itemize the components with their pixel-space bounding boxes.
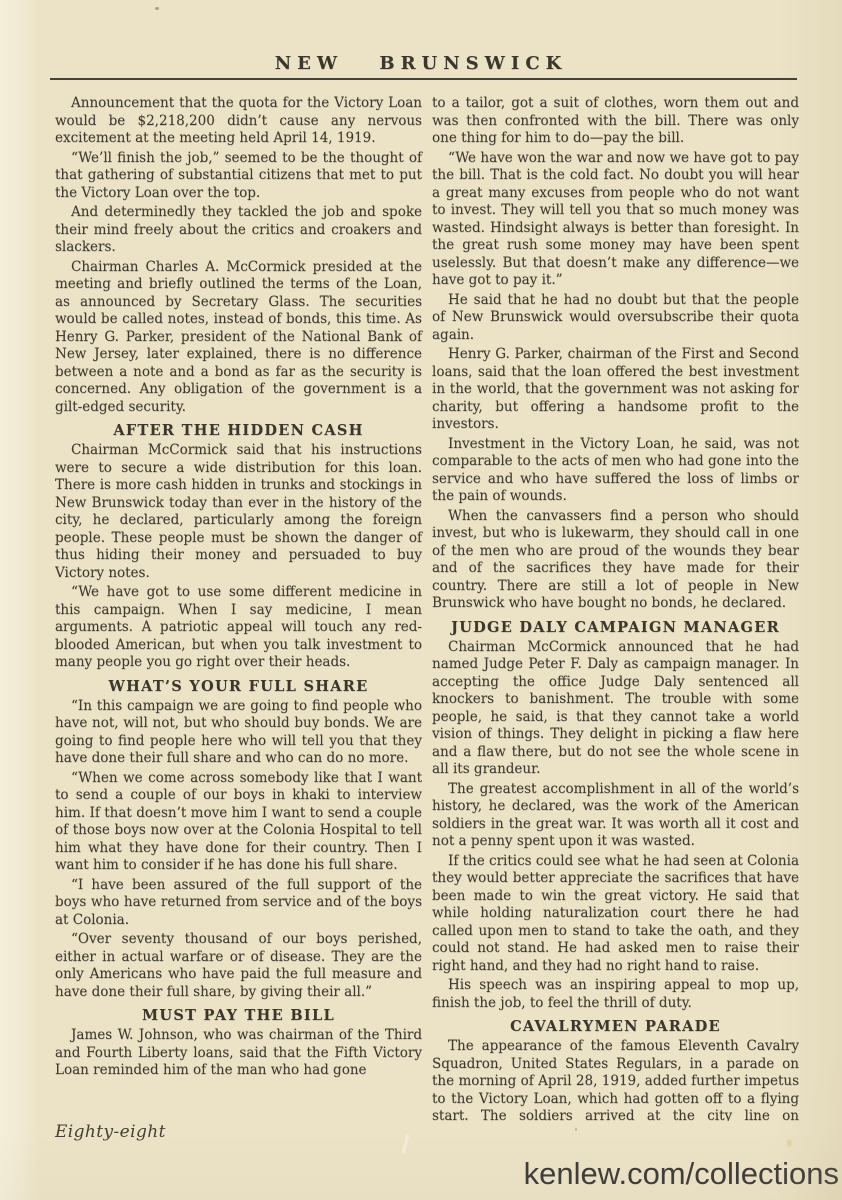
scan-speck	[155, 7, 159, 10]
folio-page-number: Eighty-eight	[55, 1122, 166, 1142]
paragraph: Chairman Charles A. McCormick presided a…	[55, 259, 422, 417]
section-heading-after-the-hidden-cash: AFTER THE HIDDEN CASH	[55, 422, 422, 439]
paragraph: Henry G. Parker, chairman of the First a…	[432, 346, 799, 434]
paragraph: James W. Johnson, who was chairman of th…	[55, 1027, 422, 1080]
paragraph: The appearance of the famous Eleventh Ca…	[432, 1038, 799, 1121]
paragraph: “We have won the war and now we have got…	[432, 150, 799, 290]
column-left: Announcement that the quota for the Vict…	[55, 95, 422, 1121]
scan-speck	[575, 1128, 577, 1131]
paragraph: “In this campaign we are going to find p…	[55, 698, 422, 768]
paper-stain	[786, 1138, 793, 1148]
masthead-title: NEW BRUNSWICK	[0, 53, 842, 74]
paragraph: The greatest accomplishment in all of th…	[432, 781, 799, 851]
paragraph: “When we come across somebody like that …	[55, 770, 422, 875]
page-edge-highlight	[0, 0, 38, 1200]
paragraph: If the critics could see what he had see…	[432, 853, 799, 976]
scan-scratch	[402, 1134, 410, 1154]
text-columns: Announcement that the quota for the Vict…	[55, 95, 799, 1121]
paragraph: “Over seventy thousand of our boys peris…	[55, 931, 422, 1001]
section-heading-cavalrymen-parade: CAVALRYMEN PARADE	[432, 1018, 799, 1035]
paragraph-continuation: to a tailor, got a suit of clothes, worn…	[432, 95, 799, 148]
paragraph: He said that he had no doubt but that th…	[432, 292, 799, 345]
section-heading-whats-your-full-share: WHAT’S YOUR FULL SHARE	[55, 678, 422, 695]
paragraph: And determinedly they tackled the job an…	[55, 204, 422, 257]
paragraph: Chairman McCormick said that his instruc…	[55, 442, 422, 582]
paragraph: “I have been assured of the full support…	[55, 877, 422, 930]
paragraph: “We have got to use some different medic…	[55, 584, 422, 672]
watermark-text: kenlew.com/collections	[524, 1156, 839, 1192]
paragraph: His speech was an inspiring appeal to mo…	[432, 977, 799, 1012]
scanned-book-page: { "colors": { "paper": "#ece3c7", "ink":…	[0, 0, 842, 1200]
section-heading-must-pay-the-bill: MUST PAY THE BILL	[55, 1007, 422, 1024]
paragraph: When the canvassers find a person who sh…	[432, 508, 799, 613]
column-right: to a tailor, got a suit of clothes, worn…	[432, 95, 799, 1121]
paragraph: “We’ll finish the job,” seemed to be the…	[55, 150, 422, 203]
paragraph: Chairman McCormick announced that he had…	[432, 639, 799, 779]
paragraph: Investment in the Victory Loan, he said,…	[432, 436, 799, 506]
masthead-rule	[50, 78, 797, 80]
section-heading-judge-daly-campaign-manager: JUDGE DALY CAMPAIGN MANAGER	[432, 619, 799, 636]
paragraph: Announcement that the quota for the Vict…	[55, 95, 422, 148]
